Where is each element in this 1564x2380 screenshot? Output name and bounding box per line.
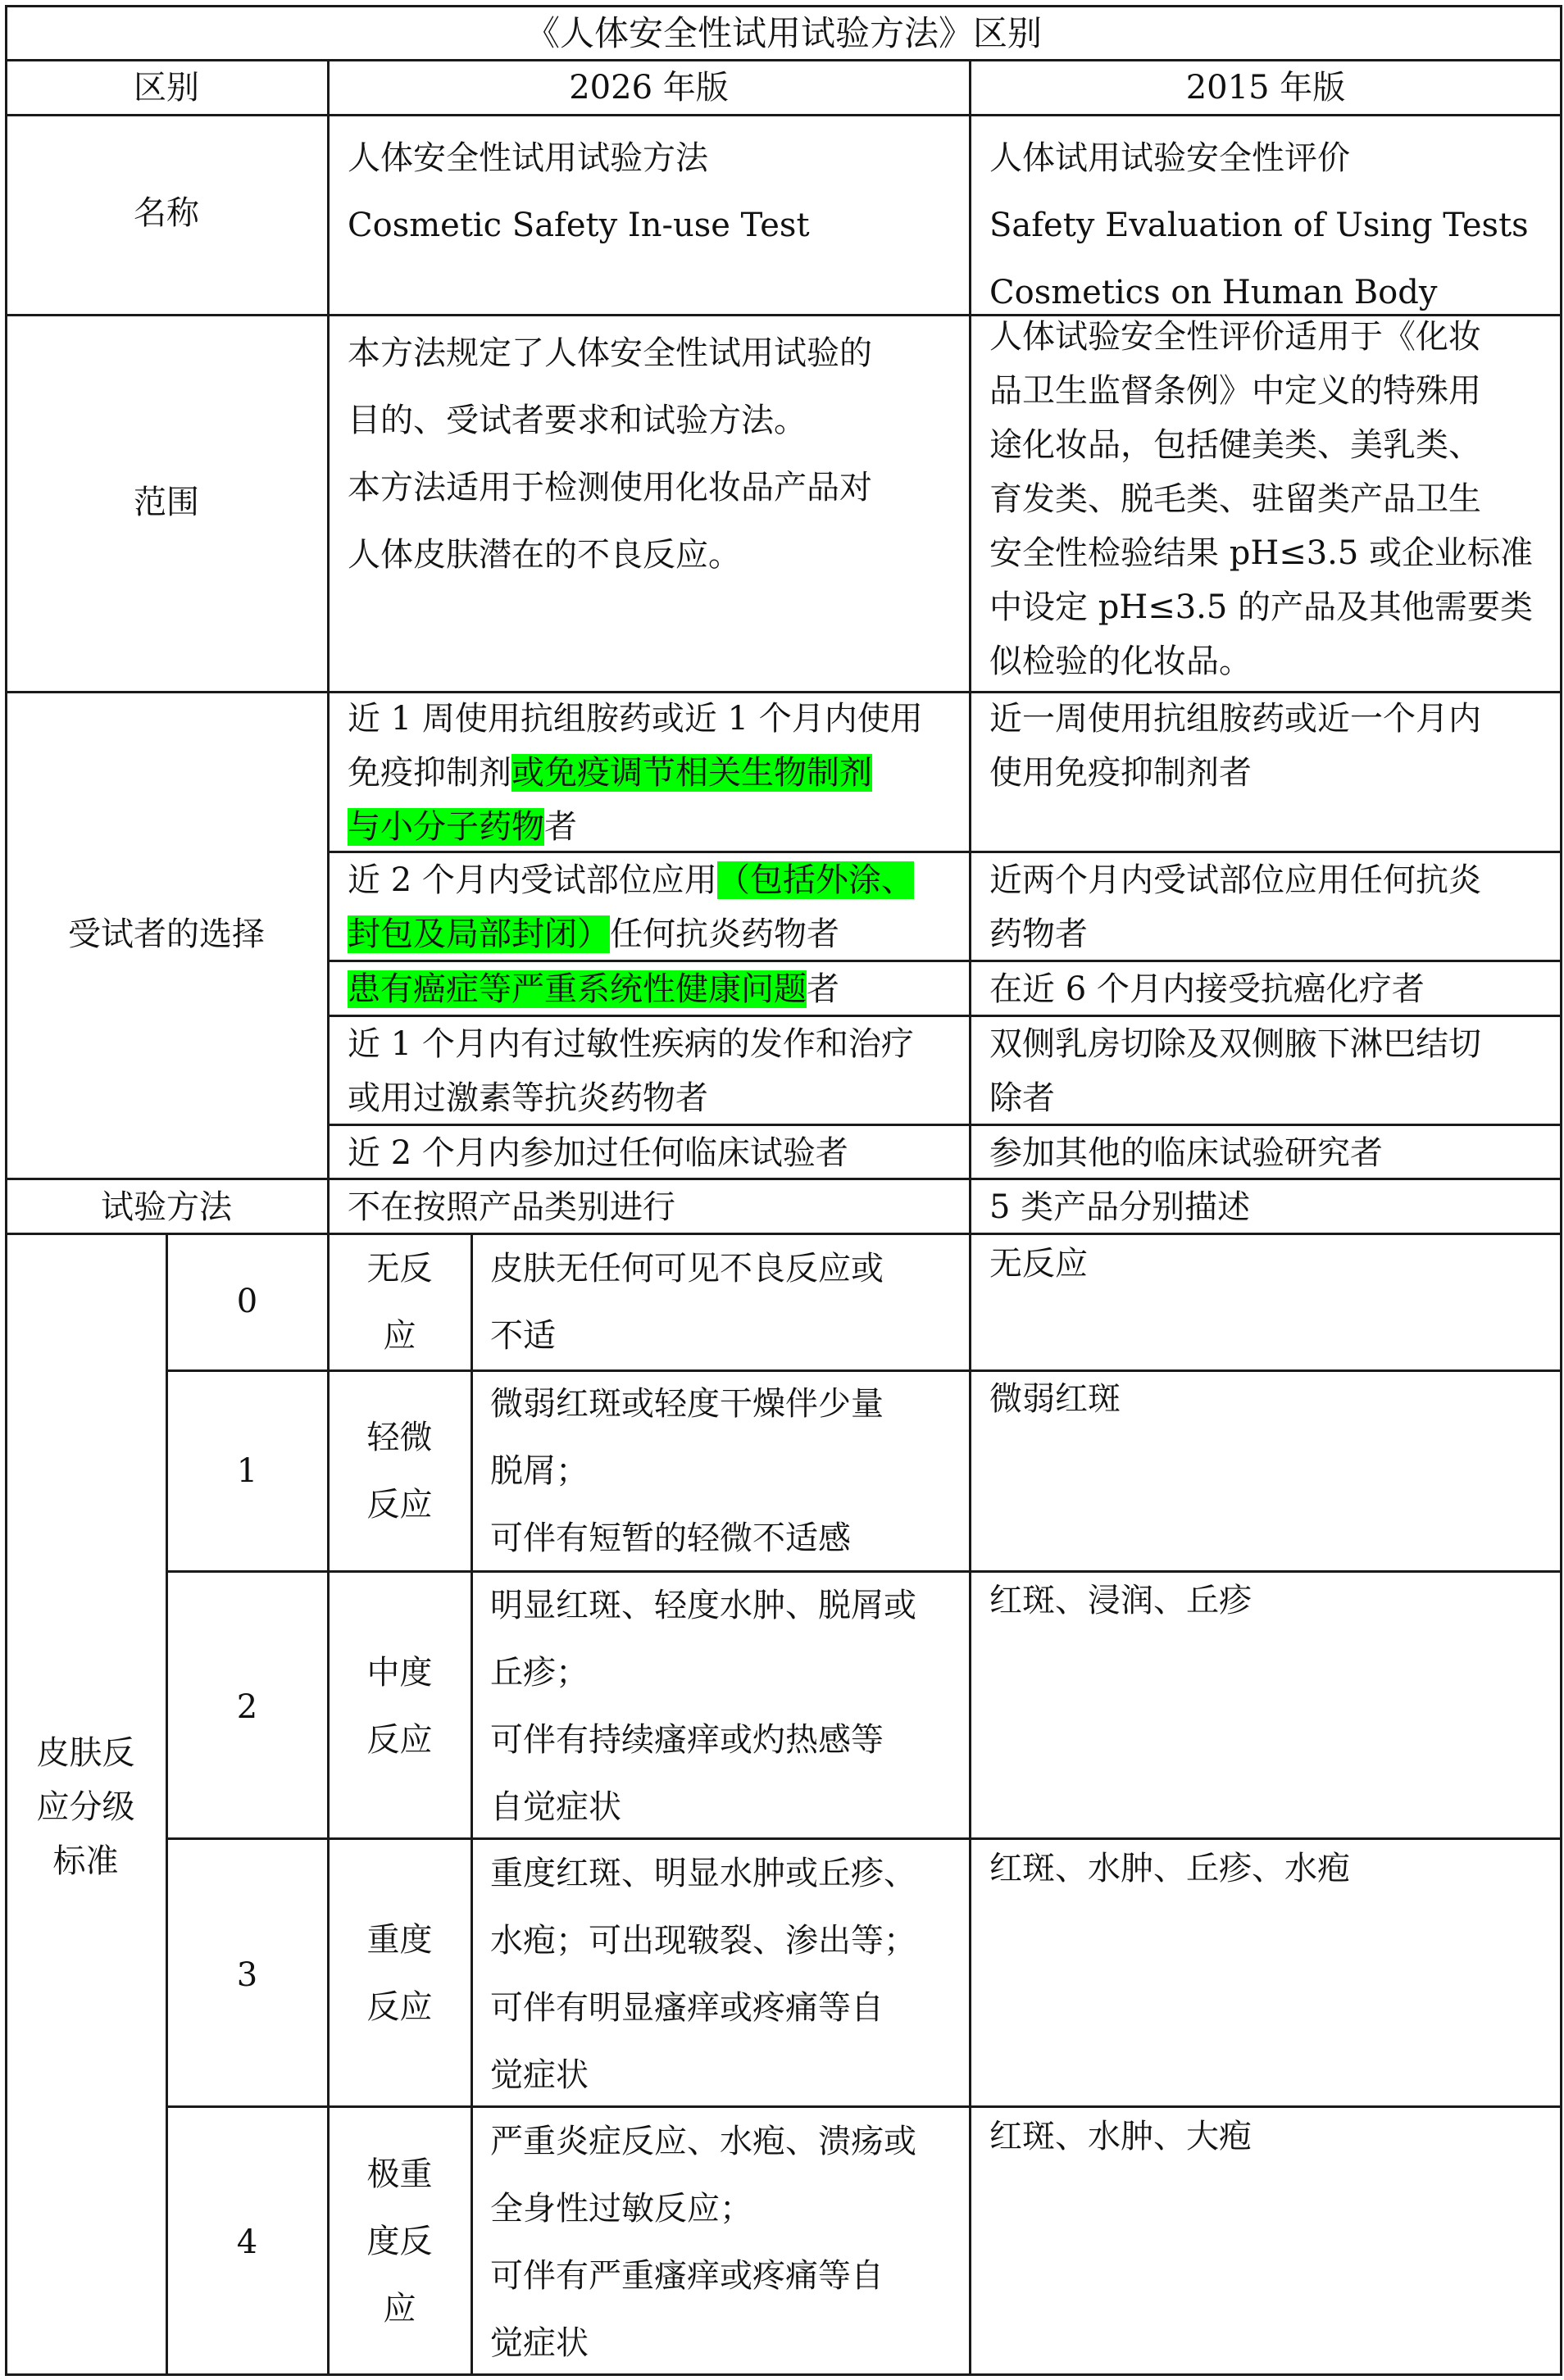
- subject-item-5-2026: 近 2 个月内参加过任何临床试验者: [348, 1126, 848, 1180]
- subject-text: 药物者: [989, 907, 1481, 961]
- subject-text: 在近 6 个月内接受抗癌化疗者: [989, 962, 1425, 1016]
- subject-text: 或用过激素等抗炎药物者: [348, 1071, 914, 1125]
- scope-2015-line: 品卫生监督条例》中定义的特殊用: [989, 364, 1533, 418]
- name-2015-en-1: Safety Evaluation of Using Tests: [989, 192, 1529, 259]
- scope-2026-line: 本方法规定了人体安全性试用试验的: [348, 320, 872, 387]
- grade-desc-2026: 皮肤无任何可见不良反应或 不适: [490, 1235, 884, 1369]
- name-2026-en: Cosmetic Safety In-use Test: [348, 192, 810, 259]
- border-right: [1560, 5, 1562, 2376]
- scope-2026: 本方法规定了人体安全性试用试验的 目的、受试者要求和试验方法。 本方法适用于检测…: [348, 320, 872, 588]
- subject-item-1-2015: 近一周使用抗组胺药或近一个月内 使用免疫抑制剂者: [989, 692, 1481, 800]
- grade-level: 2: [166, 1683, 328, 1732]
- subject-text: 近一周使用抗组胺药或近一个月内: [989, 692, 1481, 746]
- scope-2015-line: 育发类、脱毛类、驻留类产品卫生: [989, 472, 1533, 526]
- row-label-name: 名称: [5, 188, 328, 238]
- highlighted-change: 患有癌症等严重系统性健康问题: [348, 970, 807, 1008]
- name-2015: 人体试用试验安全性评价 Safety Evaluation of Using T…: [989, 125, 1529, 326]
- label-line: 标准: [5, 1834, 166, 1888]
- name-2026-cn: 人体安全性试用试验方法: [348, 125, 810, 192]
- method-2026: 不在按照产品类别进行: [348, 1180, 675, 1234]
- grade-desc-2026: 明显红斑、轻度水肿、脱屑或 丘疹； 可伴有持续瘙痒或灼热感等 自觉症状: [490, 1572, 916, 1841]
- subject-item-2-2015: 近两个月内受试部位应用任何抗炎 药物者: [989, 853, 1481, 961]
- subject-item-3-2015: 在近 6 个月内接受抗癌化疗者: [989, 962, 1425, 1016]
- header-difference: 区别: [5, 62, 328, 113]
- scope-2015-line: 途化妆品，包括健美类、美乳类、: [989, 418, 1533, 472]
- subject-text: 者: [544, 808, 577, 846]
- grade-desc-2026: 严重炎症反应、水疱、溃疡或 全身性过敏反应； 可伴有严重瘙痒或疼痛等自 觉症状: [490, 2108, 916, 2377]
- desc-line: 明显红斑、轻度水肿、脱屑或: [490, 1572, 916, 1639]
- row-label-subjects: 受试者的选择: [5, 910, 328, 959]
- grade-desc-2015: 红斑、水肿、大疱: [989, 2108, 1252, 2165]
- divider: [5, 114, 1562, 116]
- desc-line: 可伴有严重瘙痒或疼痛等自: [490, 2242, 916, 2310]
- grade-name-line: 度反: [328, 2208, 471, 2275]
- row-label-scope: 范围: [5, 478, 328, 527]
- grade-name-line: 轻微: [328, 1404, 471, 1471]
- name-2026: 人体安全性试用试验方法 Cosmetic Safety In-use Test: [348, 125, 810, 259]
- grade-name-line: 反应: [328, 1471, 471, 1538]
- grade-level: 1: [166, 1447, 328, 1496]
- label-line: 应分级: [5, 1780, 166, 1834]
- header-2026: 2026 年版: [328, 62, 970, 113]
- desc-line: 水疱；可出现皲裂、渗出等；: [490, 1907, 916, 1974]
- desc-line: 重度红斑、明显水肿或丘疹、: [490, 1840, 916, 1907]
- subject-text: 双侧乳房切除及双侧腋下淋巴结切: [989, 1017, 1481, 1071]
- subject-text: 近 1 个月内有过敏性疾病的发作和治疗: [348, 1017, 914, 1071]
- divider: [5, 59, 1562, 61]
- subject-item-2-2026: 近 2 个月内受试部位应用（包括外涂、 封包及局部封闭）任何抗炎药物者: [348, 853, 914, 961]
- grade-name: 重度 反应: [328, 1906, 471, 2041]
- grade-name-line: 极重: [328, 2141, 471, 2208]
- desc-line: 严重炎症反应、水疱、溃疡或: [490, 2108, 916, 2175]
- grade-name: 极重 度反 应: [328, 2141, 471, 2342]
- scope-2015-line: 安全性检验结果 pH≤3.5 或企业标准: [989, 526, 1533, 580]
- grade-desc-2026: 重度红斑、明显水肿或丘疹、 水疱；可出现皲裂、渗出等； 可伴有明显瘙痒或疼痛等自…: [490, 1840, 916, 2109]
- border-top: [5, 5, 1562, 7]
- desc-line: 微弱红斑或轻度干燥伴少量: [490, 1370, 884, 1438]
- subject-item-1-2026: 近 1 周使用抗组胺药或近 1 个月内使用 免疫抑制剂或免疫调节相关生物制剂 与…: [348, 692, 923, 854]
- row-label-grading: 皮肤反 应分级 标准: [5, 1726, 166, 1888]
- subject-text: 近 1 周使用抗组胺药或近 1 个月内使用: [348, 692, 923, 746]
- subject-text: 任何抗炎药物者: [610, 915, 839, 953]
- subject-text: 使用免疫抑制剂者: [989, 746, 1481, 800]
- grade-desc-2015: 红斑、水肿、丘疹、水疱: [989, 1840, 1350, 1897]
- desc-line: 自觉症状: [490, 1774, 916, 1841]
- method-2015: 5 类产品分别描述: [989, 1180, 1250, 1234]
- subject-text: 近两个月内受试部位应用任何抗炎: [989, 853, 1481, 907]
- desc-line: 丘疹；: [490, 1639, 916, 1706]
- grade-level: 0: [166, 1277, 328, 1326]
- scope-2015: 人体试验安全性评价适用于《化妆 品卫生监督条例》中定义的特殊用 途化妆品，包括健…: [989, 310, 1533, 688]
- desc-line: 可伴有明显瘙痒或疼痛等自: [490, 1974, 916, 2042]
- scope-2015-line: 中设定 pH≤3.5 的产品及其他需要类: [989, 580, 1533, 634]
- subject-text: 除者: [989, 1071, 1481, 1125]
- grade-desc-2015: 无反应: [989, 1235, 1088, 1292]
- grade-name-line: 无反: [328, 1235, 471, 1302]
- desc-line: 觉症状: [490, 2042, 916, 2109]
- scope-2015-line: 人体试验安全性评价适用于《化妆: [989, 310, 1533, 364]
- highlighted-change: （包括外涂、: [717, 861, 914, 899]
- grade-desc-2015: 红斑、浸润、丘疹: [989, 1572, 1252, 1629]
- desc-line: 可伴有持续瘙痒或灼热感等: [490, 1706, 916, 1774]
- grade-level: 4: [166, 2218, 328, 2267]
- highlighted-change: 封包及局部封闭）: [348, 915, 610, 953]
- scope-2015-line: 似检验的化妆品。: [989, 634, 1533, 688]
- desc-line: 不适: [490, 1302, 884, 1369]
- subject-item-5-2015: 参加其他的临床试验研究者: [989, 1126, 1383, 1180]
- scope-2026-line: 目的、受试者要求和试验方法。: [348, 387, 872, 454]
- grade-name: 无反 应: [328, 1235, 471, 1369]
- subject-text: 参加其他的临床试验研究者: [989, 1126, 1383, 1180]
- label-line: 皮肤反: [5, 1726, 166, 1780]
- highlighted-change: 或免疫调节相关生物制剂: [511, 754, 872, 792]
- subject-item-4-2026: 近 1 个月内有过敏性疾病的发作和治疗 或用过激素等抗炎药物者: [348, 1017, 914, 1125]
- desc-line: 皮肤无任何可见不良反应或: [490, 1235, 884, 1302]
- highlighted-change: 与小分子药物: [348, 808, 544, 846]
- grade-name-line: 中度: [328, 1639, 471, 1706]
- grade-level: 3: [166, 1951, 328, 2000]
- desc-line: 可伴有短暂的轻微不适感: [490, 1505, 884, 1572]
- subject-text: 近 2 个月内受试部位应用: [348, 861, 717, 899]
- grade-name-line: 应: [328, 1302, 471, 1369]
- grade-name: 轻微 反应: [328, 1404, 471, 1538]
- row-label-method: 试验方法: [5, 1180, 328, 1234]
- desc-line: 觉症状: [490, 2310, 916, 2377]
- grade-desc-2015: 微弱红斑: [989, 1370, 1121, 1428]
- grade-name-line: 反应: [328, 1706, 471, 1774]
- grade-name-line: 应: [328, 2275, 471, 2342]
- table-title: 《人体安全性试用试验方法》区别: [5, 8, 1562, 59]
- subject-text: 者: [807, 970, 839, 1008]
- grade-name-line: 重度: [328, 1906, 471, 1973]
- scope-2026-line: 人体皮肤潜在的不良反应。: [348, 521, 872, 588]
- name-2015-cn: 人体试用试验安全性评价: [989, 125, 1529, 192]
- header-2015: 2015 年版: [970, 62, 1562, 113]
- subject-item-3-2026: 患有癌症等严重系统性健康问题者: [348, 962, 839, 1016]
- scope-2026-line: 本方法适用于检测使用化妆品产品对: [348, 454, 872, 521]
- desc-line: 脱屑；: [490, 1438, 884, 1505]
- grade-desc-2026: 微弱红斑或轻度干燥伴少量 脱屑； 可伴有短暂的轻微不适感: [490, 1370, 884, 1572]
- subject-text: 免疫抑制剂: [348, 754, 511, 792]
- desc-line: 全身性过敏反应；: [490, 2175, 916, 2242]
- subject-text: 近 2 个月内参加过任何临床试验者: [348, 1126, 848, 1180]
- grade-name-line: 反应: [328, 1973, 471, 2041]
- grade-name: 中度 反应: [328, 1639, 471, 1774]
- subject-item-4-2015: 双侧乳房切除及双侧腋下淋巴结切 除者: [989, 1017, 1481, 1125]
- divider: [969, 59, 971, 2376]
